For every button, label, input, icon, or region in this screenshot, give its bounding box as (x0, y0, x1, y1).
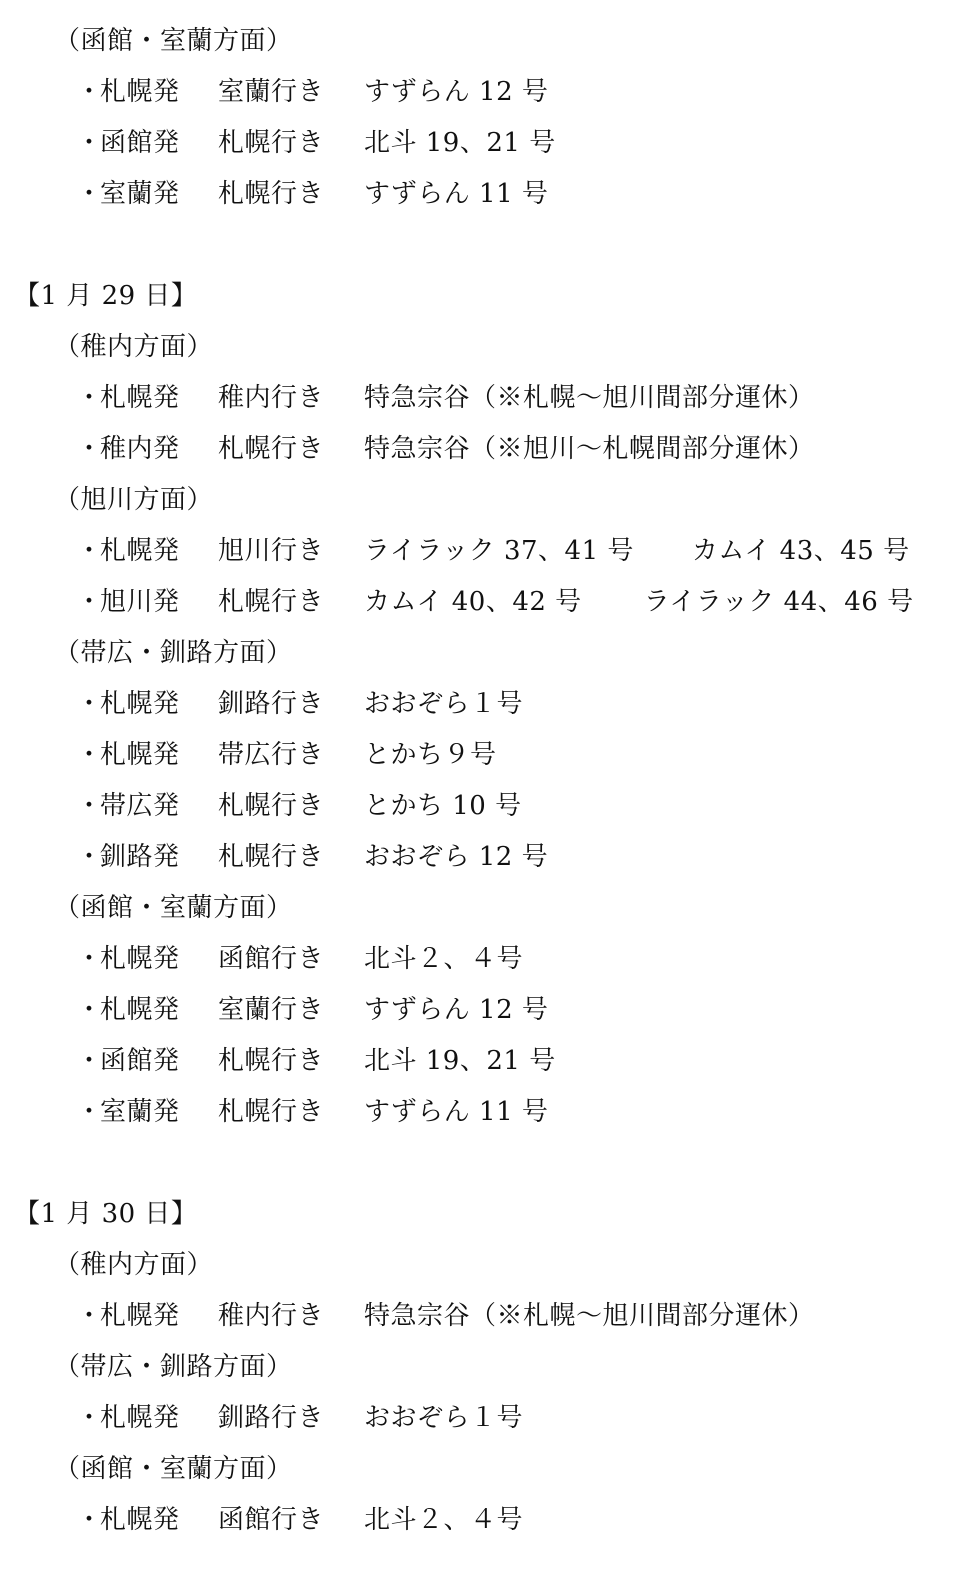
train-name: すずらん 11 号 (364, 1087, 548, 1138)
train-name: 特急宗谷（※札幌～旭川間部分運休） (364, 373, 815, 424)
list-item: ・ 札幌発 稚内行き 特急宗谷（※札幌～旭川間部分運休） (0, 1291, 960, 1342)
origin: 札幌発 (100, 730, 218, 781)
train-name: とかち９号 (364, 730, 497, 781)
list-item: ・ 釧路発 札幌行き おおぞら 12 号 (0, 832, 960, 883)
bullet-icon: ・ (76, 934, 100, 985)
list-item: ・ 札幌発 室蘭行き すずらん 12 号 (0, 985, 960, 1036)
list-item: ・ 室蘭発 札幌行き すずらん 11 号 (0, 169, 960, 220)
paragraph-gap (0, 1138, 960, 1189)
destination: 稚内行き (218, 1291, 364, 1342)
bullet-icon: ・ (76, 373, 100, 424)
area-header-hakodate-muroran: （函館・室蘭方面） (0, 1444, 960, 1495)
destination: 釧路行き (218, 679, 364, 730)
paragraph-gap (0, 220, 960, 271)
train-name-secondary: ライラック 44、46 号 (644, 577, 914, 628)
list-item: ・ 札幌発 函館行き 北斗２、４号 (0, 1495, 960, 1546)
area-header-asahikawa: （旭川方面） (0, 475, 960, 526)
train-name: 特急宗谷（※札幌～旭川間部分運休） (364, 1291, 815, 1342)
destination: 札幌行き (218, 424, 364, 475)
bullet-icon: ・ (76, 67, 100, 118)
bullet-icon: ・ (76, 424, 100, 475)
list-item: ・ 札幌発 稚内行き 特急宗谷（※札幌～旭川間部分運休） (0, 373, 960, 424)
bullet-icon: ・ (76, 1087, 100, 1138)
train-name: すずらん 11 号 (364, 169, 548, 220)
origin: 札幌発 (100, 1291, 218, 1342)
train-name: 北斗２、４号 (364, 934, 523, 985)
origin: 釧路発 (100, 832, 218, 883)
bullet-icon: ・ (76, 1291, 100, 1342)
destination: 稚内行き (218, 373, 364, 424)
date-header-jan-29: 【1 月 29 日】 (0, 271, 960, 322)
train-name: すずらん 12 号 (364, 985, 548, 1036)
origin: 札幌発 (100, 934, 218, 985)
origin: 旭川発 (100, 577, 218, 628)
train-name: 北斗 19、21 号 (364, 118, 556, 169)
list-item: ・ 札幌発 旭川行き ライラック 37、41 号 カムイ 43、45 号 (0, 526, 960, 577)
list-item: ・ 室蘭発 札幌行き すずらん 11 号 (0, 1087, 960, 1138)
origin: 札幌発 (100, 1495, 218, 1546)
train-name: おおぞら１号 (364, 679, 523, 730)
train-name: カムイ 40、42 号 (364, 577, 582, 628)
bullet-icon: ・ (76, 730, 100, 781)
bullet-icon: ・ (76, 679, 100, 730)
destination: 函館行き (218, 934, 364, 985)
train-name: すずらん 12 号 (364, 67, 548, 118)
bullet-icon: ・ (76, 1393, 100, 1444)
list-item: ・ 札幌発 帯広行き とかち９号 (0, 730, 960, 781)
origin: 札幌発 (100, 373, 218, 424)
destination: 室蘭行き (218, 67, 364, 118)
destination: 札幌行き (218, 832, 364, 883)
bullet-icon: ・ (76, 1495, 100, 1546)
list-item: ・ 札幌発 室蘭行き すずらん 12 号 (0, 67, 960, 118)
bullet-icon: ・ (76, 832, 100, 883)
list-item: ・ 函館発 札幌行き 北斗 19、21 号 (0, 1036, 960, 1087)
train-name: おおぞら 12 号 (364, 832, 548, 883)
origin: 帯広発 (100, 781, 218, 832)
destination: 旭川行き (218, 526, 364, 577)
origin: 札幌発 (100, 67, 218, 118)
train-name: おおぞら１号 (364, 1393, 523, 1444)
origin: 札幌発 (100, 526, 218, 577)
list-item: ・ 函館発 札幌行き 北斗 19、21 号 (0, 118, 960, 169)
train-name-secondary: カムイ 43、45 号 (692, 526, 910, 577)
bullet-icon: ・ (76, 169, 100, 220)
origin: 室蘭発 (100, 1087, 218, 1138)
origin: 函館発 (100, 1036, 218, 1087)
destination: 函館行き (218, 1495, 364, 1546)
origin: 函館発 (100, 118, 218, 169)
bullet-icon: ・ (76, 781, 100, 832)
area-header-wakkanai: （稚内方面） (0, 322, 960, 373)
destination: 札幌行き (218, 169, 364, 220)
origin: 札幌発 (100, 679, 218, 730)
area-header-obihiro-kushiro: （帯広・釧路方面） (0, 628, 960, 679)
list-item: ・ 札幌発 釧路行き おおぞら１号 (0, 679, 960, 730)
area-header-hakodate-muroran: （函館・室蘭方面） (0, 16, 960, 67)
destination: 札幌行き (218, 118, 364, 169)
bullet-icon: ・ (76, 577, 100, 628)
train-name: 特急宗谷（※旭川～札幌間部分運休） (364, 424, 815, 475)
destination: 札幌行き (218, 1036, 364, 1087)
bullet-icon: ・ (76, 1036, 100, 1087)
destination: 札幌行き (218, 1087, 364, 1138)
bullet-icon: ・ (76, 985, 100, 1036)
destination: 釧路行き (218, 1393, 364, 1444)
list-item: ・ 札幌発 釧路行き おおぞら１号 (0, 1393, 960, 1444)
area-header-obihiro-kushiro: （帯広・釧路方面） (0, 1342, 960, 1393)
train-name: 北斗 19、21 号 (364, 1036, 556, 1087)
destination: 室蘭行き (218, 985, 364, 1036)
list-item: ・ 帯広発 札幌行き とかち 10 号 (0, 781, 960, 832)
area-header-wakkanai: （稚内方面） (0, 1240, 960, 1291)
origin: 稚内発 (100, 424, 218, 475)
list-item: ・ 札幌発 函館行き 北斗２、４号 (0, 934, 960, 985)
train-name: ライラック 37、41 号 (364, 526, 634, 577)
list-item: ・ 旭川発 札幌行き カムイ 40、42 号 ライラック 44、46 号 (0, 577, 960, 628)
destination: 帯広行き (218, 730, 364, 781)
area-header-hakodate-muroran: （函館・室蘭方面） (0, 883, 960, 934)
bullet-icon: ・ (76, 118, 100, 169)
origin: 札幌発 (100, 985, 218, 1036)
list-item: ・ 稚内発 札幌行き 特急宗谷（※旭川～札幌間部分運休） (0, 424, 960, 475)
destination: 札幌行き (218, 577, 364, 628)
origin: 札幌発 (100, 1393, 218, 1444)
origin: 室蘭発 (100, 169, 218, 220)
bullet-icon: ・ (76, 526, 100, 577)
train-name: とかち 10 号 (364, 781, 522, 832)
document-body: （函館・室蘭方面） ・ 札幌発 室蘭行き すずらん 12 号 ・ 函館発 札幌行… (0, 16, 960, 1546)
date-header-jan-30: 【1 月 30 日】 (0, 1189, 960, 1240)
train-name: 北斗２、４号 (364, 1495, 523, 1546)
destination: 札幌行き (218, 781, 364, 832)
